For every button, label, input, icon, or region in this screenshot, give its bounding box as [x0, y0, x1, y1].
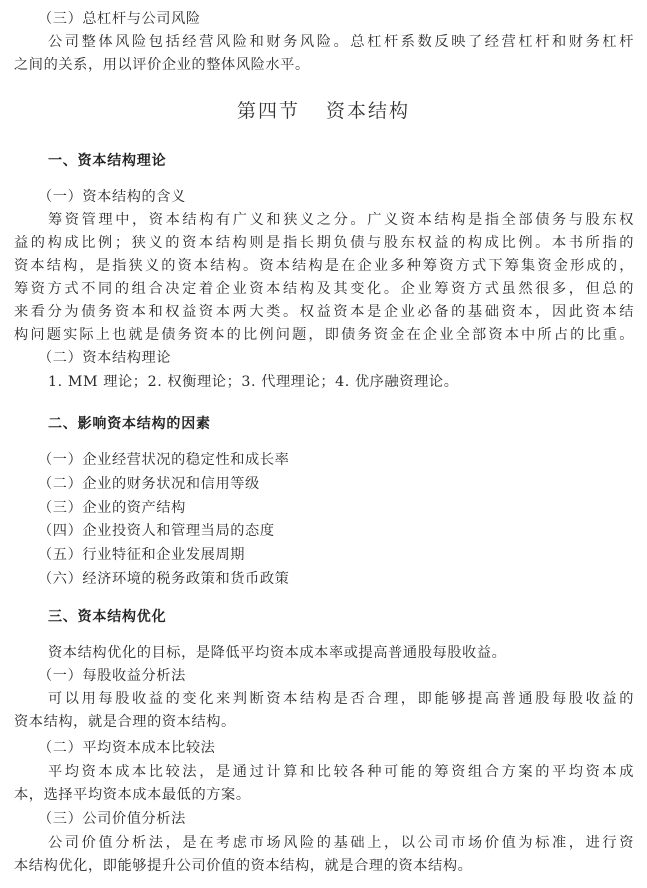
factor-item: （五）行业特征和企业发展周期: [38, 544, 647, 566]
heading-capital-structure-theory: 一、资本结构理论: [48, 150, 166, 172]
paragraph-line: 可以用每股收益的变化来判断资本结构是否合理，即能够提高普通股每股收益的: [48, 688, 634, 710]
paragraph-line: 来看分为债务资本和权益资本两大类。权益资本是企业必备的基础资本，因此资本结: [14, 301, 634, 323]
paragraph-line: 构问题实际上也就是债务资本的比例问题，即债务资金在企业全部资本中所占的比重。: [14, 324, 634, 346]
paragraph-line: 资本结构，就是合理的资本结构。: [14, 711, 634, 733]
subheading-meaning: （一）资本结构的含义: [38, 186, 647, 208]
theory-list: 1. MM 理论；2. 权衡理论；3. 代理理论；4. 优序融资理论。: [48, 371, 647, 393]
paragraph-line: 益的构成比例；狭义的资本结构则是指长期负债与股东权益的构成比例。本书所指的: [14, 232, 634, 254]
paragraph-line: 筹资管理中，资本结构有广义和狭义之分。广义资本结构是指全部债务与股东权: [48, 209, 634, 231]
paragraph-line: 平均资本成本比较法，是通过计算和比较各种可能的筹资组合方案的平均资本成: [48, 761, 634, 783]
optimization-intro: 资本结构优化的目标，是降低平均资本成本率或提高普通股每股收益。: [48, 642, 647, 664]
section-number: 第四节: [237, 100, 300, 122]
subheading-theories: （二）资本结构理论: [38, 347, 647, 369]
heading-influencing-factors: 二、影响资本结构的因素: [48, 413, 211, 435]
subheading-value-method: （三）公司价值分析法: [38, 808, 647, 830]
factor-item: （一）企业经营状况的稳定性和成长率: [38, 449, 647, 471]
factor-item: （三）企业的资产结构: [38, 497, 647, 519]
paragraph-line: 之间的关系，用以评价企业的整体风险水平。: [14, 54, 634, 76]
section-title: 第四节资本结构: [0, 97, 647, 125]
factor-item: （二）企业的财务状况和信用等级: [38, 473, 647, 495]
paragraph-line: 公司价值分析法，是在考虑市场风险的基础上，以公司市场价值为标准，进行资: [48, 832, 634, 854]
subheading-eps-method: （一）每股收益分析法: [38, 665, 647, 687]
factor-item: （四）企业投资人和管理当局的态度: [38, 520, 647, 542]
paragraph-line: 资本结构，是指狭义的资本结构。资本结构是在企业多种筹资方式下筹集资金形成的，: [14, 255, 634, 277]
subheading-wacc-method: （二）平均资本成本比较法: [38, 737, 647, 759]
subheading-total-leverage: （三）总杠杆与公司风险: [38, 8, 647, 30]
paragraph-line: 公司整体风险包括经营风险和财务风险。总杠杆系数反映了经营杠杆和财务杠杆: [48, 31, 634, 53]
section-name: 资本结构: [326, 100, 410, 122]
paragraph-line: 本，选择平均资本成本最低的方案。: [14, 784, 634, 806]
document-page: （三）总杠杆与公司风险 公司整体风险包括经营风险和财务风险。总杠杆系数反映了经营…: [0, 0, 647, 888]
heading-optimization: 三、资本结构优化: [48, 606, 166, 628]
paragraph-line: 本结构优化，即能够提升公司价值的资本结构，就是合理的资本结构。: [14, 855, 634, 877]
factor-item: （六）经济环境的税务政策和货币政策: [38, 568, 647, 590]
paragraph-line: 筹资方式不同的组合决定着企业资本结构及其变化。企业筹资方式虽然很多，但总的: [14, 278, 634, 300]
